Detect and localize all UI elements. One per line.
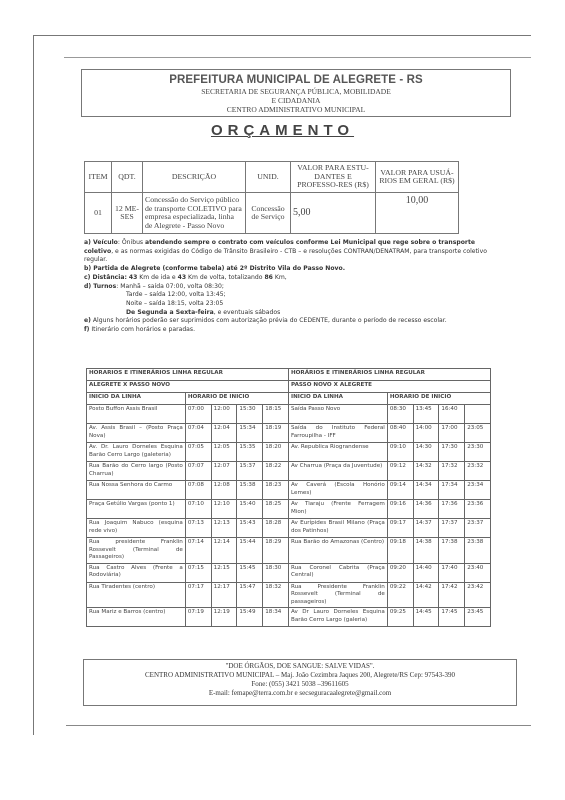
right-departure-time: 14:45: [413, 608, 439, 627]
note-f: f) Itinerário com horários e paradas.: [84, 326, 504, 335]
col-valor-geral: VALOR PARA USUÁ-RIOS EM GERAL (R$): [376, 162, 459, 193]
left-departure-time: 18:15: [263, 405, 289, 424]
document-title-wrap: ORÇAMENTO: [0, 122, 565, 140]
right-departure-time: 23:40: [465, 563, 491, 582]
left-departure-time: 15:34: [237, 424, 263, 443]
note-c: c) Distância: 43 Km de ida e 43 Km de vo…: [84, 274, 504, 283]
left-departure-time: 15:38: [237, 481, 263, 500]
right-departure-time: 14:34: [413, 481, 439, 500]
left-stop-name: Rua Castro Alves (Frente a Rodoviária): [87, 563, 186, 582]
footer-phone: Fone: (055) 3421 5038 –39611605: [84, 680, 516, 689]
right-stop-name: Rua Presidente Franklin Rossevelt (Termi…: [288, 582, 387, 608]
secretaria-line2: E CIDADANIA: [82, 96, 510, 105]
left-title: HORARIOS E ITINERÁRIOS LINHA REGULAR: [87, 369, 289, 381]
note-d-tarde: Tarde – saída 12:00, volta 13:45;: [84, 291, 504, 300]
footer-address: CENTRO ADMINISTRATIVO MUNICIPAL – Maj. J…: [84, 671, 516, 680]
left-departure-time: 18:32: [263, 582, 289, 608]
budget-header-row: ITEM QDT. DESCRIÇÃO UNID. VALOR PARA EST…: [85, 162, 459, 193]
page-frame-left-line: [33, 35, 34, 735]
budget-table: ITEM QDT. DESCRIÇÃO UNID. VALOR PARA EST…: [84, 161, 459, 234]
left-departure-time: 15:35: [237, 443, 263, 462]
left-stop-name: Rua Nossa Senhora do Carmo: [87, 481, 186, 500]
schedule-row: Praça Getúlio Vargas (ponto 1)07:1012:10…: [87, 500, 491, 519]
left-departure-time: 18:20: [263, 443, 289, 462]
schedule-row: Rua Nossa Senhora do Carmo07:0812:0815:3…: [87, 481, 491, 500]
right-departure-time: 14:37: [413, 519, 439, 538]
cell-valor-estudantes: 5,00: [291, 193, 376, 234]
cell-descricao: Concessão do Serviço público de transpor…: [143, 193, 246, 234]
left-departure-time: 07:05: [185, 443, 211, 462]
right-departure-time: 17:38: [439, 538, 465, 564]
left-departure-time: 15:49: [237, 608, 263, 627]
right-departure-time: 08:40: [387, 424, 413, 443]
org-name: PREFEITURA MUNICIPAL DE ALEGRETE - RS: [82, 74, 510, 87]
centro-name: CENTRO ADMINISTRATIVO MUNICIPAL: [82, 105, 510, 114]
left-stop-name: Av. Assis Brasil – (Posto Praça Nova): [87, 424, 186, 443]
left-departure-time: 07:13: [185, 519, 211, 538]
letterhead: PREFEITURA MUNICIPAL DE ALEGRETE - RS SE…: [81, 69, 511, 117]
right-departure-time: 23:36: [465, 500, 491, 519]
right-departure-time: 23:45: [465, 608, 491, 627]
right-departure-time: 17:40: [439, 563, 465, 582]
left-departure-time: 18:30: [263, 563, 289, 582]
left-departure-time: 07:00: [185, 405, 211, 424]
left-departure-time: 07:17: [185, 582, 211, 608]
left-departure-time: 12:19: [211, 608, 237, 627]
schedule-row: Rua Barão do Cerro largo (Posto Charrua)…: [87, 462, 491, 481]
right-departure-time: 23:38: [465, 538, 491, 564]
document-title: ORÇAMENTO: [211, 122, 354, 139]
left-departure-time: 12:04: [211, 424, 237, 443]
left-departure-time: 18:29: [263, 538, 289, 564]
right-stop-name: Av. Republica Riograndense: [288, 443, 387, 462]
left-departure-time: 07:19: [185, 608, 211, 627]
right-departure-time: [465, 405, 491, 424]
left-departure-time: 07:15: [185, 563, 211, 582]
left-stop-name: Posto Buffon Assis Brasil: [87, 405, 186, 424]
right-departure-time: 14:40: [413, 563, 439, 582]
left-stop-name: Rua Joaquim Nabuco (esquina rede vivo): [87, 519, 186, 538]
right-departure-time: 09:20: [387, 563, 413, 582]
schedule-col-header-row: INICIO DA LINHA HORARIO DE INICIO INICIO…: [87, 393, 491, 405]
right-title: HORÁRIOS E ITINERÁRIOS LINHA REGULAR: [288, 369, 490, 381]
right-departure-time: 17:30: [439, 443, 465, 462]
left-departure-time: 07:10: [185, 500, 211, 519]
left-departure-time: 12:05: [211, 443, 237, 462]
left-departure-time: 18:22: [263, 462, 289, 481]
left-departure-time: 07:14: [185, 538, 211, 564]
schedule-title-row: HORARIOS E ITINERÁRIOS LINHA REGULAR HOR…: [87, 369, 491, 381]
right-departure-time: 23:42: [465, 582, 491, 608]
left-departure-time: 12:00: [211, 405, 237, 424]
schedule-table: HORARIOS E ITINERÁRIOS LINHA REGULAR HOR…: [86, 368, 491, 627]
left-departure-time: 15:45: [237, 563, 263, 582]
right-departure-time: 09:18: [387, 538, 413, 564]
left-departure-time: 12:13: [211, 519, 237, 538]
secretaria-line1: SECRETARIA DE SEGURANÇA PÚBLICA, MOBILID…: [82, 87, 510, 96]
schedule-row: Rua presidente Franklin Rossevelt (Termi…: [87, 538, 491, 564]
header-rule: [64, 57, 531, 58]
left-departure-time: 15:40: [237, 500, 263, 519]
right-stop-name: Av Tiaraju (Frente Ferragem Mion): [288, 500, 387, 519]
left-departure-time: 12:08: [211, 481, 237, 500]
page-frame-top-line: [33, 35, 531, 36]
right-departure-time: 17:42: [439, 582, 465, 608]
col-qdt: QDT.: [112, 162, 143, 193]
schedule-route-row: ALEGRETE X PASSO NOVO PASSO NOVO X ALEGR…: [87, 381, 491, 393]
left-departure-time: 12:07: [211, 462, 237, 481]
left-stop-name: Rua presidente Franklin Rossevelt (Termi…: [87, 538, 186, 564]
right-departure-time: 23:05: [465, 424, 491, 443]
right-departure-time: 09:10: [387, 443, 413, 462]
footer-slogan: "DOE ÓRGÃOS, DOE SANGUE: SALVE VIDAS".: [84, 662, 516, 671]
left-departure-time: 07:08: [185, 481, 211, 500]
right-departure-time: 23:30: [465, 443, 491, 462]
right-col-times: HORARIO DE INICIO: [387, 393, 490, 405]
right-departure-time: 17:36: [439, 500, 465, 519]
schedule-row: Rua Castro Alves (Frente a Rodoviária)07…: [87, 563, 491, 582]
right-departure-time: 17:00: [439, 424, 465, 443]
right-stop-name: Rua Barão do Amazonas (Centro): [288, 538, 387, 564]
right-departure-time: 14:38: [413, 538, 439, 564]
left-departure-time: 18:23: [263, 481, 289, 500]
left-departure-time: 18:19: [263, 424, 289, 443]
schedule-row: Av. Assis Brasil – (Posto Praça Nova)07:…: [87, 424, 491, 443]
footer-email: E-mail: femape@terra.com.br e secsegurac…: [84, 689, 516, 698]
left-stop-name: Av. Dr. Lauro Dorneles Esquina Barão Cer…: [87, 443, 186, 462]
right-stop-name: Av Dr Lauro Dorneles Esquina Barão Cerro…: [288, 608, 387, 627]
right-stop-name: Rua Coronel Cabrita (Praça Central): [288, 563, 387, 582]
col-valor-estudantes: VALOR PARA ESTU-DANTES E PROFESSO-RES (R…: [291, 162, 376, 193]
right-stop-name: Av Charrua (Praça da Juventude): [288, 462, 387, 481]
footer-box: "DOE ÓRGÃOS, DOE SANGUE: SALVE VIDAS". C…: [83, 659, 517, 706]
right-departure-time: 17:37: [439, 519, 465, 538]
note-a: a) Veículo: Ônibus atendendo sempre o co…: [84, 239, 504, 265]
cell-item: 01: [85, 193, 112, 234]
left-departure-time: 18:25: [263, 500, 289, 519]
right-stop-name: Saída Passo Novo: [288, 405, 387, 424]
left-departure-time: 15:37: [237, 462, 263, 481]
right-stop-name: Av Caverá (Escola Honório Lemes): [288, 481, 387, 500]
left-departure-time: 18:28: [263, 519, 289, 538]
right-departure-time: 17:45: [439, 608, 465, 627]
right-stop-name: Saída do Instituto Federal Farroupilha -…: [288, 424, 387, 443]
left-stop-name: Rua Barão do Cerro largo (Posto Charrua): [87, 462, 186, 481]
right-departure-time: 14:42: [413, 582, 439, 608]
note-d: d) Turnos: Manhã – saída 07:00, volta 08…: [84, 283, 504, 292]
schedule-row: Av. Dr. Lauro Dorneles Esquina Barão Cer…: [87, 443, 491, 462]
right-departure-time: 23:32: [465, 462, 491, 481]
note-b: b) Partida de Alegrete (conforme tabela)…: [84, 265, 504, 274]
right-stop-name: Av Eurípides Brasil Milano (Praça dos Pa…: [288, 519, 387, 538]
right-departure-time: 14:00: [413, 424, 439, 443]
right-departure-time: 09:16: [387, 500, 413, 519]
right-departure-time: 09:12: [387, 462, 413, 481]
left-departure-time: 12:10: [211, 500, 237, 519]
cell-unid: Concessão de Serviço: [246, 193, 291, 234]
right-departure-time: 14:36: [413, 500, 439, 519]
budget-row: 01 12 ME-SES Concessão do Serviço públic…: [85, 193, 459, 234]
right-departure-time: 16:40: [439, 405, 465, 424]
left-departure-time: 15:44: [237, 538, 263, 564]
right-departure-time: 08:30: [387, 405, 413, 424]
left-col-times: HORARIO DE INICIO: [185, 393, 288, 405]
left-stop-name: Praça Getúlio Vargas (ponto 1): [87, 500, 186, 519]
schedule-row: Rua Joaquim Nabuco (esquina rede vivo)07…: [87, 519, 491, 538]
note-d-noite: Noite – saída 18:15, volta 23:05: [84, 300, 504, 309]
right-departure-time: 13:45: [413, 405, 439, 424]
col-descricao: DESCRIÇÃO: [143, 162, 246, 193]
left-departure-time: 12:17: [211, 582, 237, 608]
right-departure-time: 14:30: [413, 443, 439, 462]
schedule-row: Rua Tiradentes (centro)07:1712:1715:4718…: [87, 582, 491, 608]
left-departure-time: 07:04: [185, 424, 211, 443]
right-route: PASSO NOVO X ALEGRETE: [288, 381, 490, 393]
right-departure-time: 17:34: [439, 481, 465, 500]
left-departure-time: 18:34: [263, 608, 289, 627]
bottom-rule: [66, 725, 531, 726]
right-departure-time: 14:32: [413, 462, 439, 481]
schedule-row: Posto Buffon Assis Brasil07:0012:0015:30…: [87, 405, 491, 424]
right-departure-time: 23:34: [465, 481, 491, 500]
left-col-stop: INICIO DA LINHA: [87, 393, 186, 405]
right-departure-time: 23:37: [465, 519, 491, 538]
right-col-stop: INICIO DA LINHA: [288, 393, 387, 405]
schedule-row: Rua Mariz e Barros (centro)07:1912:1915:…: [87, 608, 491, 627]
left-departure-time: 07:07: [185, 462, 211, 481]
left-route: ALEGRETE X PASSO NOVO: [87, 381, 289, 393]
left-departure-time: 15:30: [237, 405, 263, 424]
right-departure-time: 09:17: [387, 519, 413, 538]
left-stop-name: Rua Mariz e Barros (centro): [87, 608, 186, 627]
right-departure-time: 09:14: [387, 481, 413, 500]
right-departure-time: 17:32: [439, 462, 465, 481]
notes-section: a) Veículo: Ônibus atendendo sempre o co…: [84, 239, 504, 335]
right-departure-time: 09:25: [387, 608, 413, 627]
note-e: e) Alguns horários poderão ser suprimido…: [84, 317, 504, 326]
col-item: ITEM: [85, 162, 112, 193]
cell-qdt: 12 ME-SES: [112, 193, 143, 234]
left-departure-time: 12:15: [211, 563, 237, 582]
left-departure-time: 15:43: [237, 519, 263, 538]
col-unid: UNID.: [246, 162, 291, 193]
left-stop-name: Rua Tiradentes (centro): [87, 582, 186, 608]
cell-valor-geral: 10,00: [376, 193, 459, 234]
left-departure-time: 15:47: [237, 582, 263, 608]
right-departure-time: 09:22: [387, 582, 413, 608]
left-departure-time: 12:14: [211, 538, 237, 564]
